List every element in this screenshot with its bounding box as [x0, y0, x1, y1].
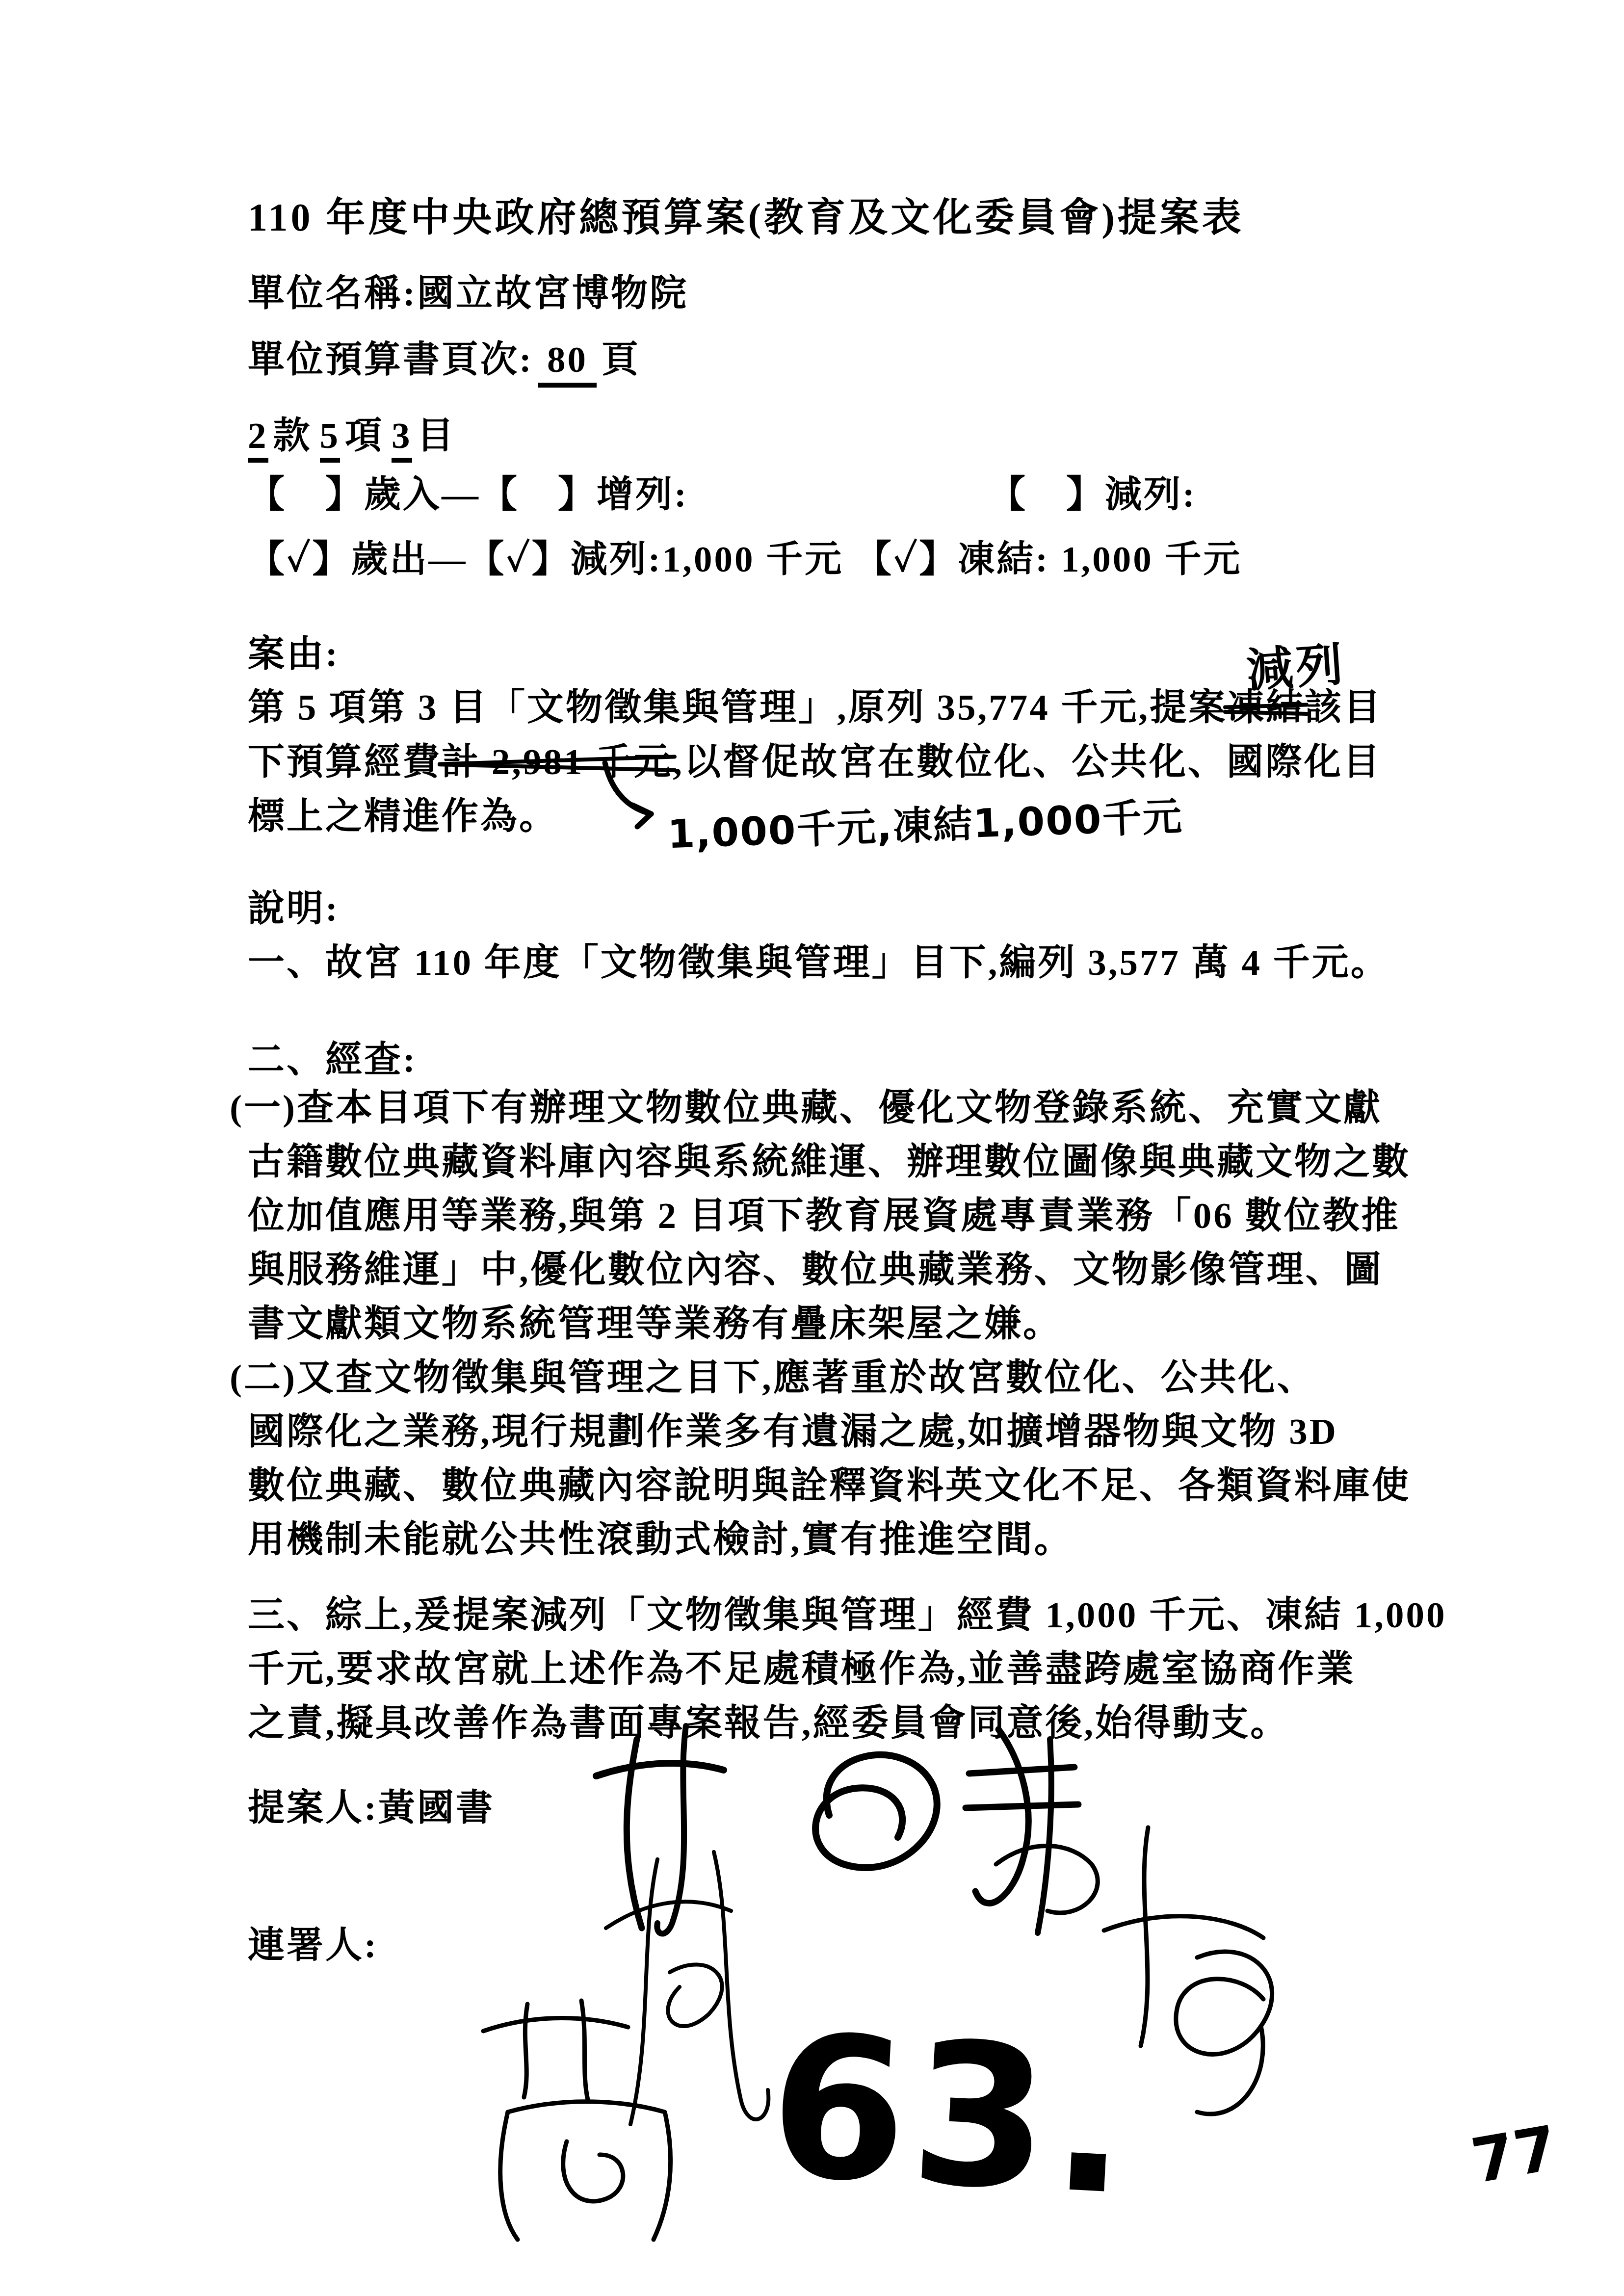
- proposer-label: 提案人:: [248, 1788, 378, 1828]
- document-title: 110 年度中央政府總預算案(教育及文化委員會)提案表: [248, 196, 1244, 239]
- case-line-1-struck-word: 凍結: [1227, 688, 1305, 729]
- item-2-2-line-2: 國際化之業務,現行規劃作業多有遺漏之處,如擴增器物與文物 3D: [248, 1412, 1338, 1453]
- item-2-1-line-4: 與服務維運」中,優化數位內容、數位典藏業務、文物影像管理、圖: [248, 1250, 1383, 1291]
- explanation-item-1: 一、故宮 110 年度「文物徵集與管理」目下,編列 3,577 萬 4 千元。: [248, 943, 1389, 984]
- budget-page-label: 單位預算書頁次:: [248, 339, 533, 380]
- budget-page-number: 80: [538, 340, 597, 388]
- item-2-1-line-3: 位加值應用等業務,與第 2 目項下教育展資處專責業務「06 數位教推: [248, 1196, 1400, 1237]
- item-2-2-line-4: 用機制未能就公共性滾動式檢討,實有推進空間。: [248, 1520, 1073, 1561]
- handwritten-corner-number: 77: [1467, 2113, 1563, 2197]
- item-2-2-line-1: (二)又查文物徵集與管理之目下,應著重於故宮數位化、公共化、: [230, 1358, 1316, 1399]
- proposer-line: 提案人:黃國書: [248, 1788, 495, 1829]
- section-code-word-2: 項: [345, 416, 384, 457]
- case-header: 案由:: [248, 634, 340, 675]
- expenditure-checkbox-row: 【✓】歲出—【✓】減列:1,000 千元 【✓】凍結: 1,000 千元: [248, 540, 1242, 580]
- revenue-checkbox-row-left: 【 】歲入—【 】增列:: [248, 475, 688, 516]
- section-code-word-1: 款: [273, 416, 312, 457]
- cosigner-label: 連署人:: [248, 1926, 378, 1966]
- unit-name-label: 單位名稱:: [248, 273, 417, 314]
- case-line-1: 第 5 項第 3 目「文物徵集與管理」,原列 35,774 千元,提案凍結該目: [248, 688, 1382, 729]
- explanation-header: 說明:: [248, 889, 340, 930]
- item-2-1-line-1: (一)查本目項下有辦理文物數位典藏、優化文物登錄系統、充實文獻: [230, 1088, 1382, 1129]
- case-line-1-pre: 第 5 項第 3 目「文物徵集與管理」,原列 35,774 千元,提案: [248, 687, 1227, 728]
- budget-page-line: 單位預算書頁次:80頁: [248, 340, 640, 388]
- explanation-item-2-header: 二、經查:: [248, 1040, 417, 1081]
- item-2-1-line-5: 書文獻類文物系統管理等業務有疊床架屋之嫌。: [248, 1304, 1062, 1345]
- revenue-checkbox-row-right: 【 】減列:: [989, 475, 1197, 516]
- section-code-line: 2款5項3目: [248, 416, 464, 463]
- cosigner-signature-3: [417, 1992, 824, 2252]
- item-3-line-2: 千元,要求故宮就上述作為不足處積極作為,並善盡跨處室協商作業: [248, 1649, 1356, 1690]
- scanned-budget-proposal-page: 110 年度中央政府總預算案(教育及文化委員會)提案表 單位名稱:國立故宮博物院…: [0, 0, 1624, 2296]
- handwritten-tally-number: 63.: [764, 1992, 1138, 2239]
- case-line-2-post: ,以督促故宮在數位化、公共化、國際化目: [673, 742, 1382, 783]
- proposer-printed-name: 黃國書: [378, 1788, 495, 1828]
- section-code-digit-3: 3: [392, 416, 412, 463]
- handwritten-correction-arrow: [596, 758, 675, 841]
- item-2-1-line-2: 古籍數位典藏資料庫內容與系統維運、辦理數位圖像與典藏文物之數: [248, 1142, 1411, 1183]
- case-line-3: 標上之精進作為。: [248, 797, 558, 837]
- item-2-2-line-3: 數位典藏、數位典藏內容說明與詮釋資料英文化不足、各類資料庫使: [248, 1466, 1411, 1507]
- unit-name-line: 單位名稱:國立故宮博物院: [248, 274, 688, 314]
- case-line-2: 下預算經費計 2,981 千元,以督促故宮在數位化、公共化、國際化目: [248, 742, 1382, 783]
- case-line-1-post: 該目: [1305, 687, 1382, 728]
- handwritten-amount-note: 1,000千元,凍結1,000千元: [666, 785, 1183, 860]
- section-code-digit-2: 5: [320, 416, 341, 463]
- section-code-digit-1: 2: [248, 416, 268, 463]
- case-line-2-pre: 下預算經費: [248, 742, 442, 783]
- item-3-line-1: 三、綜上,爰提案減列「文物徵集與管理」經費 1,000 千元、凍結 1,000: [248, 1595, 1447, 1636]
- section-code-word-3: 目: [417, 416, 456, 457]
- unit-name-value: 國立故宮博物院: [417, 273, 688, 314]
- budget-page-suffix: 頁: [602, 339, 640, 380]
